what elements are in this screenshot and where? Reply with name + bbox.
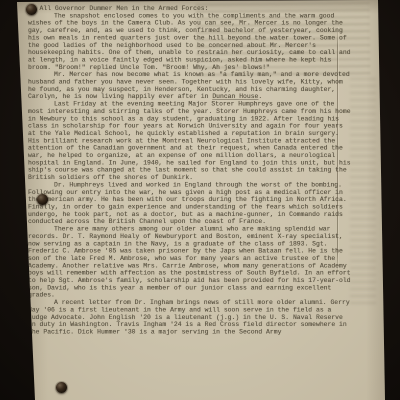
pushpin-icon xyxy=(37,194,48,205)
letter-paragraph-2: Mr. Mercer has now become what is known … xyxy=(28,71,353,100)
pushpin-icon xyxy=(56,382,67,393)
letter-paragraph-1: The snapshot enclosed comes to you with … xyxy=(28,12,353,71)
letter-paragraph-4: Dr. Humphreys lived and worked in Englan… xyxy=(28,181,353,225)
letter-paragraph-5: There are many others among our older al… xyxy=(28,226,353,300)
ink-bleed-through-right xyxy=(350,78,376,308)
letter-paragraph-6: A recent letter from Dr. Ingham brings n… xyxy=(28,299,353,336)
pushpin-icon xyxy=(26,4,37,15)
letter-paragraph-3: Last Friday at the evening meeting Major… xyxy=(28,101,353,182)
letter-body: To All Governor Dummer Men in the Armed … xyxy=(28,5,353,336)
paragraph-2-text: Mr. Mercer has now become what is known … xyxy=(28,71,350,101)
typewritten-letter-page: To All Governor Dummer Men in the Armed … xyxy=(0,0,400,400)
bulletin-board-background: To All Governor Dummer Men in the Armed … xyxy=(0,0,400,400)
